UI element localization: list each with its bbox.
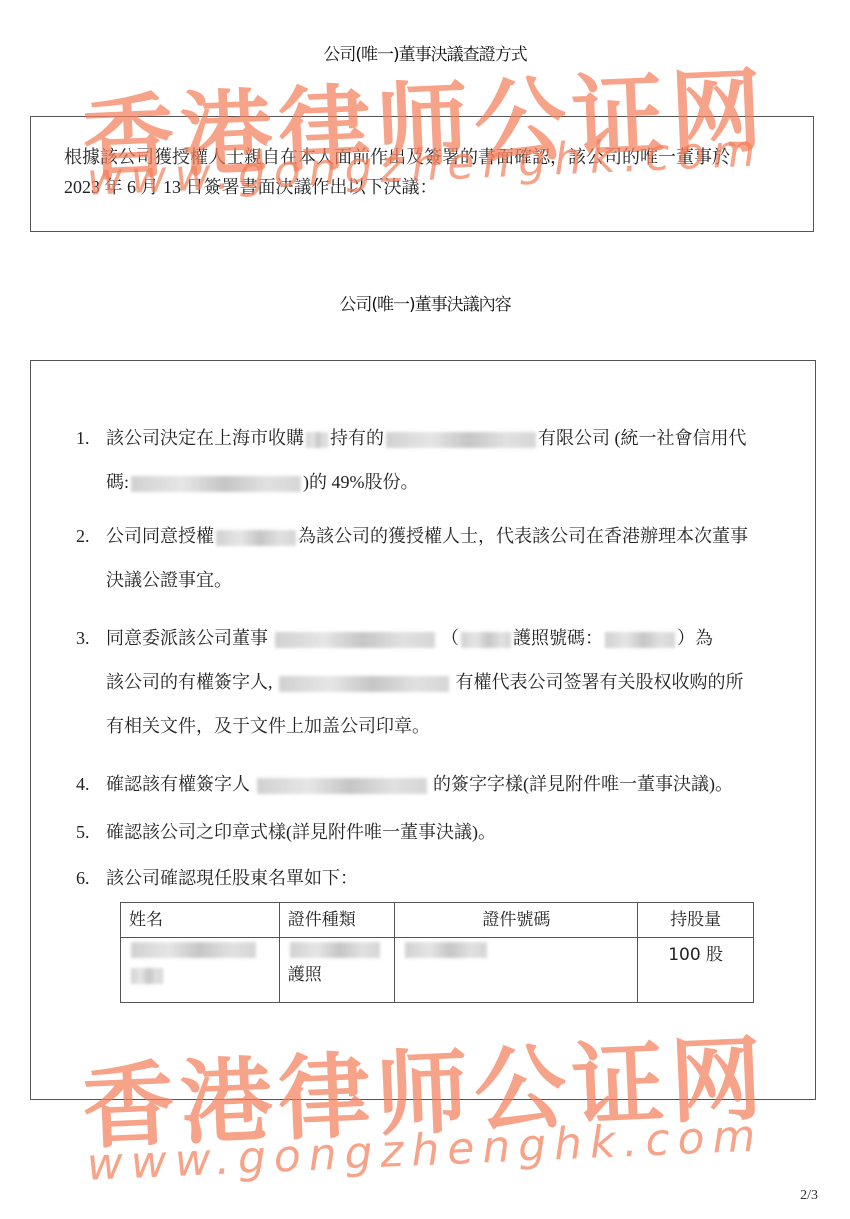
item-text: 為該公司的獲授權人士，代表該公司在香港辦理本次董事 bbox=[298, 526, 748, 546]
resolution-item-4: 4. 確認該有權簽字人 的簽字字樣(詳見附件唯一董事決議)。 bbox=[76, 762, 806, 806]
redacted-text bbox=[306, 432, 328, 448]
redacted-text bbox=[131, 942, 256, 958]
cell-name bbox=[121, 938, 280, 1003]
item-text: 該公司的有權簽字人, bbox=[106, 672, 273, 692]
verification-text: 根據該公司獲授權人士親自在本人面前作出及簽署的書面確認，該公司的唯一董事於 20… bbox=[64, 142, 814, 202]
watermark-url-bottom: www.gongzhenghk.com bbox=[0, 1106, 850, 1194]
resolution-item-6: 6. 該公司確認現任股東名單如下： bbox=[76, 856, 806, 900]
table-header-row: 姓名 證件種類 證件號碼 持股量 bbox=[121, 903, 754, 938]
redacted-text bbox=[405, 942, 487, 958]
item-text: 同意委派該公司董事 bbox=[106, 628, 268, 648]
item-number: 5. bbox=[76, 810, 102, 854]
item-text: （ bbox=[441, 628, 459, 648]
item-text: 確認該公司之印章式樣(詳見附件唯一董事決議)。 bbox=[106, 810, 806, 854]
shareholder-table: 姓名 證件種類 證件號碼 持股量 護照 100 股 bbox=[120, 902, 754, 1003]
header-id-type: 證件種類 bbox=[279, 903, 395, 938]
item-text: 護照號碼： bbox=[513, 628, 603, 648]
resolution-item-2: 2. 公司同意授權為該公司的獲授權人士，代表該公司在香港辦理本次董事 決議公證事… bbox=[76, 514, 806, 602]
redacted-text bbox=[257, 778, 427, 794]
resolution-item-3: 3. 同意委派該公司董事 （護照號碼：）為 該公司的有權簽字人, 有權代表公司签… bbox=[76, 616, 806, 748]
cell-id-number bbox=[395, 938, 638, 1003]
redacted-text bbox=[386, 432, 536, 448]
item-number: 6. bbox=[76, 856, 102, 900]
redacted-text bbox=[461, 632, 511, 648]
intro-line-1: 根據該公司獲授權人士親自在本人面前作出及簽署的書面確認，該公司的唯一董事於 bbox=[64, 142, 814, 172]
redacted-text bbox=[216, 530, 296, 546]
item-number: 4. bbox=[76, 762, 102, 806]
resolution-item-1: 1. 該公司決定在上海市收購持有的有限公司 (統一社會信用代 碼:)的 49%股… bbox=[76, 416, 806, 504]
redacted-text bbox=[290, 942, 380, 958]
redacted-text bbox=[605, 632, 675, 648]
item-text: 該公司決定在上海市收購 bbox=[106, 428, 304, 448]
item-number: 2. bbox=[76, 514, 102, 558]
table-row: 護照 100 股 bbox=[121, 938, 754, 1003]
item-text: ）為 bbox=[677, 628, 713, 648]
cell-id-type: 護照 bbox=[279, 938, 395, 1003]
item-text: 有限公司 (統一社會信用代 bbox=[538, 428, 747, 448]
id-type-text: 護照 bbox=[288, 965, 322, 985]
item-number: 1. bbox=[76, 416, 102, 460]
page-number: 2/3 bbox=[800, 1188, 818, 1204]
header-name: 姓名 bbox=[121, 903, 280, 938]
redacted-text bbox=[131, 968, 163, 984]
resolution-content-heading: 公司(唯一)董事決議內容 bbox=[0, 290, 850, 315]
redacted-text bbox=[275, 632, 435, 648]
intro-line-2: 2023 年 6 月 13 日簽署書面決議作出以下決議： bbox=[64, 172, 814, 202]
item-text: 持有的 bbox=[330, 428, 384, 448]
cell-shares: 100 股 bbox=[638, 938, 754, 1003]
redacted-text bbox=[131, 476, 301, 492]
header-id-number: 證件號碼 bbox=[395, 903, 638, 938]
item-text: 公司同意授權 bbox=[106, 526, 214, 546]
item-text: 的簽字字樣(詳見附件唯一董事決議)。 bbox=[433, 774, 733, 794]
item-text: 確認該有權簽字人 bbox=[106, 774, 250, 794]
item-text: 有相关文件，及于文件上加盖公司印章。 bbox=[106, 716, 430, 736]
item-text: 有權代表公司签署有关股权收购的所 bbox=[456, 672, 744, 692]
item-number: 3. bbox=[76, 616, 102, 660]
item-text: )的 49%股份。 bbox=[303, 472, 419, 492]
redacted-text bbox=[279, 676, 449, 692]
item-text: 決議公證事宜。 bbox=[106, 570, 232, 590]
header-shares: 持股量 bbox=[638, 903, 754, 938]
resolution-item-5: 5. 確認該公司之印章式樣(詳見附件唯一董事決議)。 bbox=[76, 810, 806, 854]
item-text: 碼: bbox=[106, 472, 129, 492]
item-text: 該公司確認現任股東名單如下： bbox=[106, 856, 806, 900]
verification-method-heading: 公司(唯一)董事決議查證方式 bbox=[0, 40, 850, 65]
